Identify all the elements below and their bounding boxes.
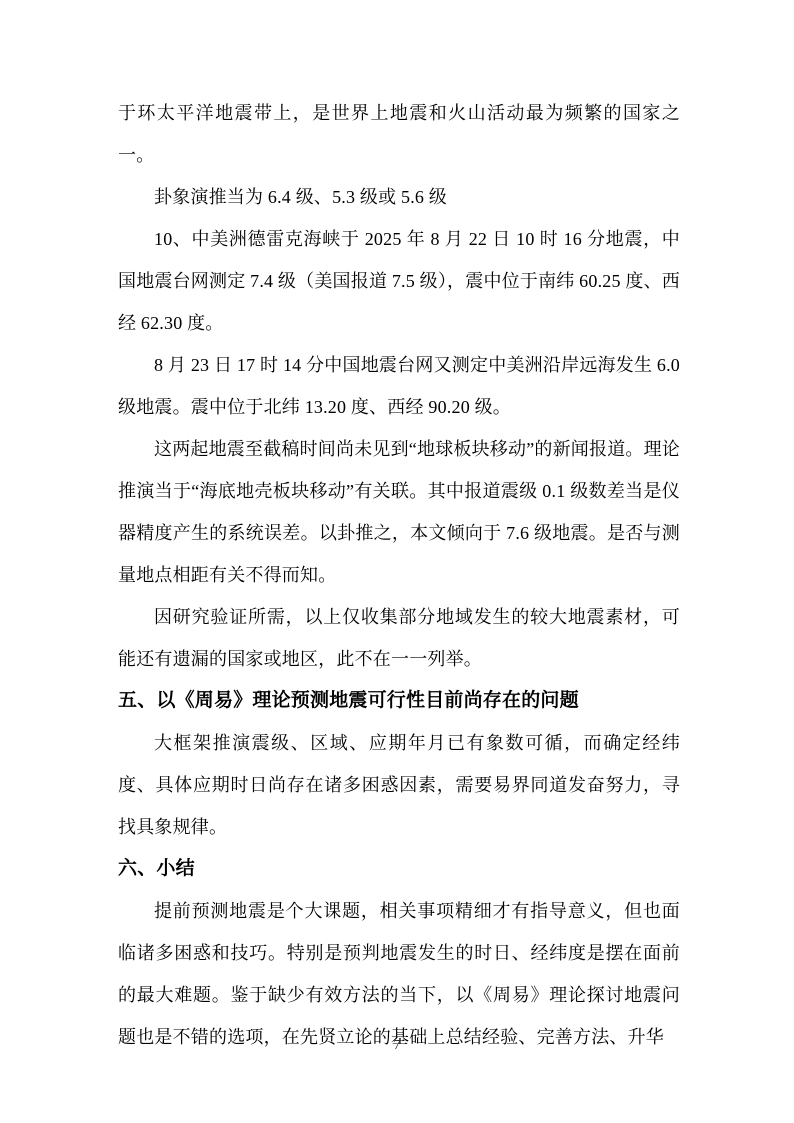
paragraph-continuation: 于环太平洋地震带上，是世界上地震和火山活动最为频繁的国家之一。	[118, 92, 680, 176]
paragraph-item-10-drake-passage: 10、中美洲德雷克海峡于 2025 年 8 月 22 日 10 时 16 分地震…	[118, 218, 680, 344]
paragraph-summary: 提前预测地震是个大课题，相关事项精细才有指导意义，但也面临诸多困惑和技巧。特别是…	[118, 890, 680, 1058]
section-heading-6: 六、小结	[118, 848, 680, 890]
paragraph-plate-movement-analysis: 这两起地震至截稿时间尚未见到“地球板块移动”的新闻报道。理论推演当于“海底地壳板…	[118, 428, 680, 596]
page-body-text: 于环太平洋地震带上，是世界上地震和火山活动最为频繁的国家之一。 卦象演推当为 6…	[118, 92, 680, 1058]
document-page: 于环太平洋地震带上，是世界上地震和火山活动最为频繁的国家之一。 卦象演推当为 6…	[0, 0, 794, 1123]
paragraph-framework-issues: 大框架推演震级、区域、应期年月已有象数可循，而确定经纬度、具体应期时日尚存在诸多…	[118, 722, 680, 848]
paragraph-aug23-quake: 8 月 23 日 17 时 14 分中国地震台网又测定中美洲沿岸远海发生 6.0…	[118, 344, 680, 428]
page-number: 7	[0, 1036, 794, 1056]
paragraph-collection-note: 因研究验证所需，以上仅收集部分地域发生的较大地震素材，可能还有遗漏的国家或地区，…	[118, 596, 680, 680]
paragraph-gua-magnitudes: 卦象演推当为 6.4 级、5.3 级或 5.6 级	[118, 176, 680, 218]
section-heading-5: 五、以《周易》理论预测地震可行性目前尚存在的问题	[118, 680, 680, 722]
